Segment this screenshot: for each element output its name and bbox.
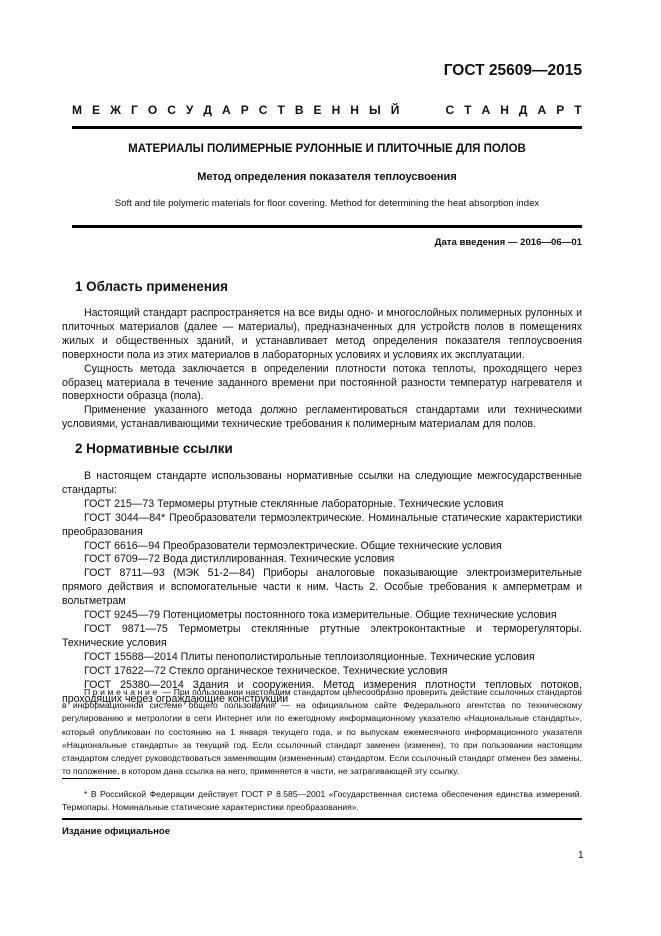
effective-date: Дата введения — 2016—06—01: [435, 237, 582, 248]
paragraph: Настоящий стандарт распространяется на в…: [62, 307, 582, 363]
label-letter: Е: [314, 103, 322, 117]
reference-item: ГОСТ 6709—72 Вода дистиллированная. Техн…: [62, 553, 582, 567]
section-2-body: В настоящем стандарте использованы норма…: [62, 470, 582, 706]
label-letter: Е: [92, 103, 100, 117]
label-letter: Й: [391, 103, 400, 117]
reference-item: ГОСТ 9871—75 Термометры стеклянные ртутн…: [62, 623, 582, 651]
label-letter: М: [72, 103, 82, 117]
label-letter: А: [538, 103, 547, 117]
label-letter: А: [482, 103, 491, 117]
label-letter: Н: [332, 103, 341, 117]
label-letter: В: [295, 103, 304, 117]
label-gap: [409, 103, 435, 117]
reference-item: ГОСТ 215—73 Термомеры ртутные стеклянные…: [62, 498, 582, 512]
reference-item: ГОСТ 15588—2014 Плиты пенополистирольные…: [62, 651, 582, 665]
label-letter: А: [222, 103, 231, 117]
label-letter: Д: [519, 103, 528, 117]
title-divider: [72, 225, 582, 228]
bottom-divider: [62, 818, 582, 820]
label-letter: Ы: [369, 103, 381, 117]
document-code: ГОСТ 25609—2015: [444, 62, 582, 80]
label-letter: С: [445, 103, 454, 117]
interstate-standard-label: МЕЖГОСУДАРСТВЕННЫЙСТАНДАРТ: [72, 103, 582, 117]
document-title: МАТЕРИАЛЫ ПОЛИМЕРНЫЕ РУЛОННЫЕ И ПЛИТОЧНЫ…: [72, 143, 582, 155]
footnote-divider: [62, 778, 120, 779]
page-number: 1: [578, 850, 584, 861]
reference-item: ГОСТ 17622—72 Стекло органическое технич…: [62, 665, 582, 679]
note: Примечание — При пользовании настоящим с…: [62, 686, 582, 778]
top-divider: [72, 126, 582, 129]
reference-item: ГОСТ 9245—79 Потенциометры постоянного т…: [62, 609, 582, 623]
section-1-heading: 1 Область применения: [75, 279, 228, 294]
label-letter: Т: [277, 103, 284, 117]
document-subtitle: Метод определения показателя теплоусвоен…: [72, 171, 582, 183]
label-letter: О: [148, 103, 157, 117]
label-letter: У: [186, 103, 193, 117]
label-letter: Т: [464, 103, 471, 117]
edition-label: Издание официальное: [62, 826, 170, 837]
section-1-body: Настоящий стандарт распространяется на в…: [62, 307, 582, 432]
label-letter: Г: [131, 103, 138, 117]
document-title-english: Soft and tile polymeric materials for fl…: [72, 198, 582, 209]
reference-item: ГОСТ 8711—93 (МЭК 51-2—84) Приборы анало…: [62, 567, 582, 609]
label-letter: Ж: [110, 103, 121, 117]
label-letter: С: [167, 103, 176, 117]
label-letter: Р: [556, 103, 564, 117]
paragraph: Сущность метода заключается в определени…: [62, 363, 582, 405]
label-letter: С: [259, 103, 268, 117]
label-letter: Н: [350, 103, 359, 117]
paragraph: Применение указанного метода должно регл…: [62, 404, 582, 432]
note-label: Примечание: [84, 687, 160, 697]
label-letter: Д: [203, 103, 212, 117]
label-letter: Р: [241, 103, 249, 117]
footnote: * В Российской Федерации действует ГОСТ …: [62, 788, 582, 814]
reference-item: ГОСТ 6616—94 Преобразователи термоэлектр…: [62, 540, 582, 554]
label-letter: Н: [500, 103, 509, 117]
note-text: — При пользовании настоящим стандартом ц…: [62, 687, 582, 776]
paragraph: В настоящем стандарте использованы норма…: [62, 470, 582, 498]
label-letter: Т: [574, 103, 581, 117]
section-2-heading: 2 Нормативные ссылки: [75, 441, 233, 456]
reference-item: ГОСТ 3044—84* Преобразователи термоэлект…: [62, 512, 582, 540]
